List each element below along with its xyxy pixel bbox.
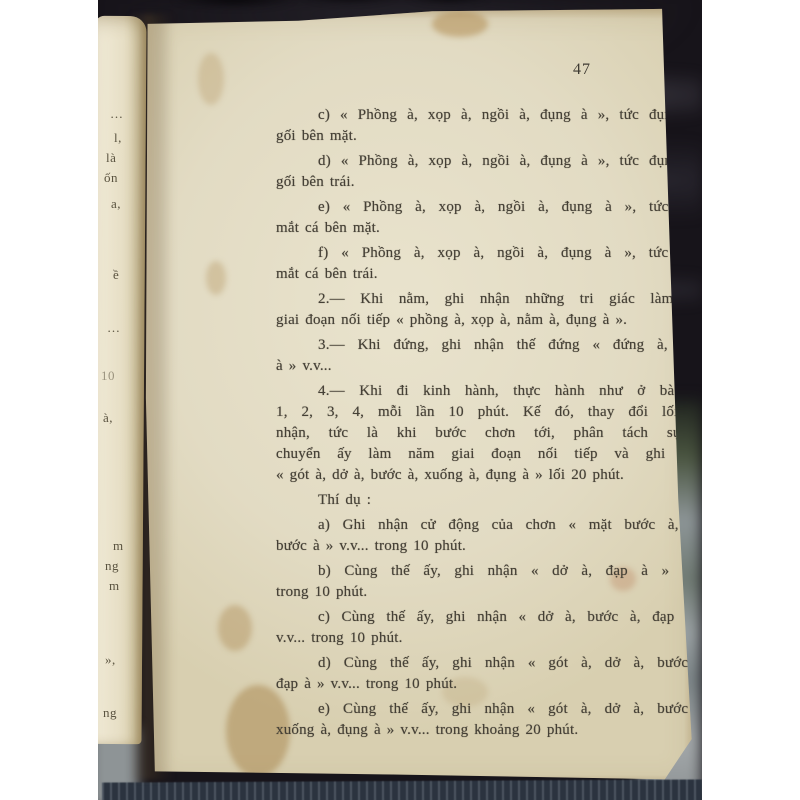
text-line: c) Cùng thế ấy, ghi nhận « dở à, bước à,… xyxy=(276,607,702,628)
edge-fragment: a, xyxy=(111,196,121,212)
paragraph: d) « Phồng à, xọp à, ngồi à, đụng à », t… xyxy=(276,151,702,193)
text-line: mắt cá bên trái. xyxy=(276,264,702,285)
paragraph: a) Ghi nhận cử động của chơn « mặt bước … xyxy=(276,515,702,557)
edge-fragment: », xyxy=(105,652,116,668)
edge-fragment: … xyxy=(110,106,124,122)
paragraph: c) « Phồng à, xọp à, ngồi à, đụng à », t… xyxy=(276,105,702,147)
text-line: b) Cùng thế ấy, ghi nhận « dở à, đạp à »… xyxy=(276,561,702,582)
text-block: c) « Phồng à, xọp à, ngồi à, đụng à », t… xyxy=(276,105,702,745)
text-line: trong 10 phút. xyxy=(276,582,702,603)
paragraph: f) « Phồng à, xọp à, ngồi à, đụng à », t… xyxy=(276,243,702,285)
text-line: xuống à, đụng à » v.v... trong khoảng 20… xyxy=(276,720,702,741)
text-line: f) « Phồng à, xọp à, ngồi à, đụng à », t… xyxy=(276,243,702,264)
stain xyxy=(218,605,252,651)
book-cover-edge xyxy=(102,779,702,800)
text-line: e) Cùng thế ấy, ghi nhận « gót à, dở à, … xyxy=(276,699,702,720)
text-line: 1, 2, 3, 4, mỗi lần 10 phút. Kế đó, thay… xyxy=(276,402,702,423)
paragraph: e) Cùng thế ấy, ghi nhận « gót à, dở à, … xyxy=(276,699,702,741)
text-line: e) « Phồng à, xọp à, ngồi à, đụng à », t… xyxy=(276,197,702,218)
paragraph: b) Cùng thế ấy, ghi nhận « dở à, đạp à »… xyxy=(276,561,702,603)
text-line: chuyển ấy làm năm giai đoạn nối tiếp và … xyxy=(276,444,702,465)
text-line: c) « Phồng à, xọp à, ngồi à, đụng à », t… xyxy=(276,105,702,126)
paragraph: 3.— Khi đứng, ghi nhận thế đứng « đứng à… xyxy=(276,335,702,377)
text-line: giai đoạn nối tiếp « phồng à, xọp à, nằm… xyxy=(276,310,702,331)
text-line: d) « Phồng à, xọp à, ngồi à, đụng à », t… xyxy=(276,151,702,172)
book-photo: … l, là ốn a, ề … 10 à, m ng m », ng xyxy=(98,0,702,800)
paragraph: Thí dụ : xyxy=(276,490,702,511)
edge-fragment: l, xyxy=(114,130,122,146)
text-line: 3.— Khi đứng, ghi nhận thế đứng « đứng à… xyxy=(276,335,702,356)
text-line: gối bên trái. xyxy=(276,172,702,193)
edge-fragment: … xyxy=(107,320,121,336)
top-edge-shadow xyxy=(168,0,498,20)
text-line: à » v.v... xyxy=(276,356,702,377)
edge-fragment: là xyxy=(106,150,116,166)
edge-fragment: 10 xyxy=(101,368,115,384)
text-line: 2.— Khi nằm, ghi nhận những tri giác làm… xyxy=(276,289,702,310)
text-line: 4.— Khi đi kinh hành, thực hành như ở bà… xyxy=(276,381,702,402)
text-line: bước à » v.v... trong 10 phút. xyxy=(276,536,702,557)
page-number: 47 xyxy=(558,61,606,79)
text-line: đạp à » v.v... trong 10 phút. xyxy=(276,674,702,695)
gutter-shadow xyxy=(128,14,174,780)
stain xyxy=(198,53,224,105)
text-line: v.v... trong 10 phút. xyxy=(276,628,702,649)
paragraph: c) Cùng thế ấy, ghi nhận « dở à, bước à,… xyxy=(276,607,702,649)
edge-fragment: m xyxy=(113,538,124,554)
text-line: a) Ghi nhận cử động của chơn « mặt bước … xyxy=(276,515,702,536)
right-page: 47 c) « Phồng à, xọp à, ngồi à, đụng à »… xyxy=(142,5,700,791)
paragraph: e) « Phồng à, xọp à, ngồi à, đụng à », t… xyxy=(276,197,702,239)
edge-fragment: m xyxy=(109,578,120,594)
text-line: mắt cá bên mặt. xyxy=(276,218,702,239)
screenshot-canvas: … l, là ốn a, ề … 10 à, m ng m », ng xyxy=(0,0,800,800)
text-line: gối bên mặt. xyxy=(276,126,702,147)
stain xyxy=(206,261,226,295)
text-line: nhận, tức là khi bước chơn tới, phân tác… xyxy=(276,423,702,444)
paragraph: 2.— Khi nằm, ghi nhận những tri giác làm… xyxy=(276,289,702,331)
edge-fragment: ng xyxy=(105,558,119,574)
edge-fragment: ng xyxy=(103,705,117,721)
edge-fragment: à, xyxy=(103,410,113,426)
paragraph: 4.— Khi đi kinh hành, thực hành như ở bà… xyxy=(276,381,702,486)
paragraph: d) Cùng thế ấy, ghi nhận « gót à, dở à, … xyxy=(276,653,702,695)
text-line: d) Cùng thế ấy, ghi nhận « gót à, dở à, … xyxy=(276,653,702,674)
edge-fragment: ốn xyxy=(104,170,118,186)
edge-fragment: ề xyxy=(113,267,119,283)
text-line: « gót à, dở à, bước à, xuống à, đụng à »… xyxy=(276,465,702,486)
text-line: Thí dụ : xyxy=(276,490,702,511)
